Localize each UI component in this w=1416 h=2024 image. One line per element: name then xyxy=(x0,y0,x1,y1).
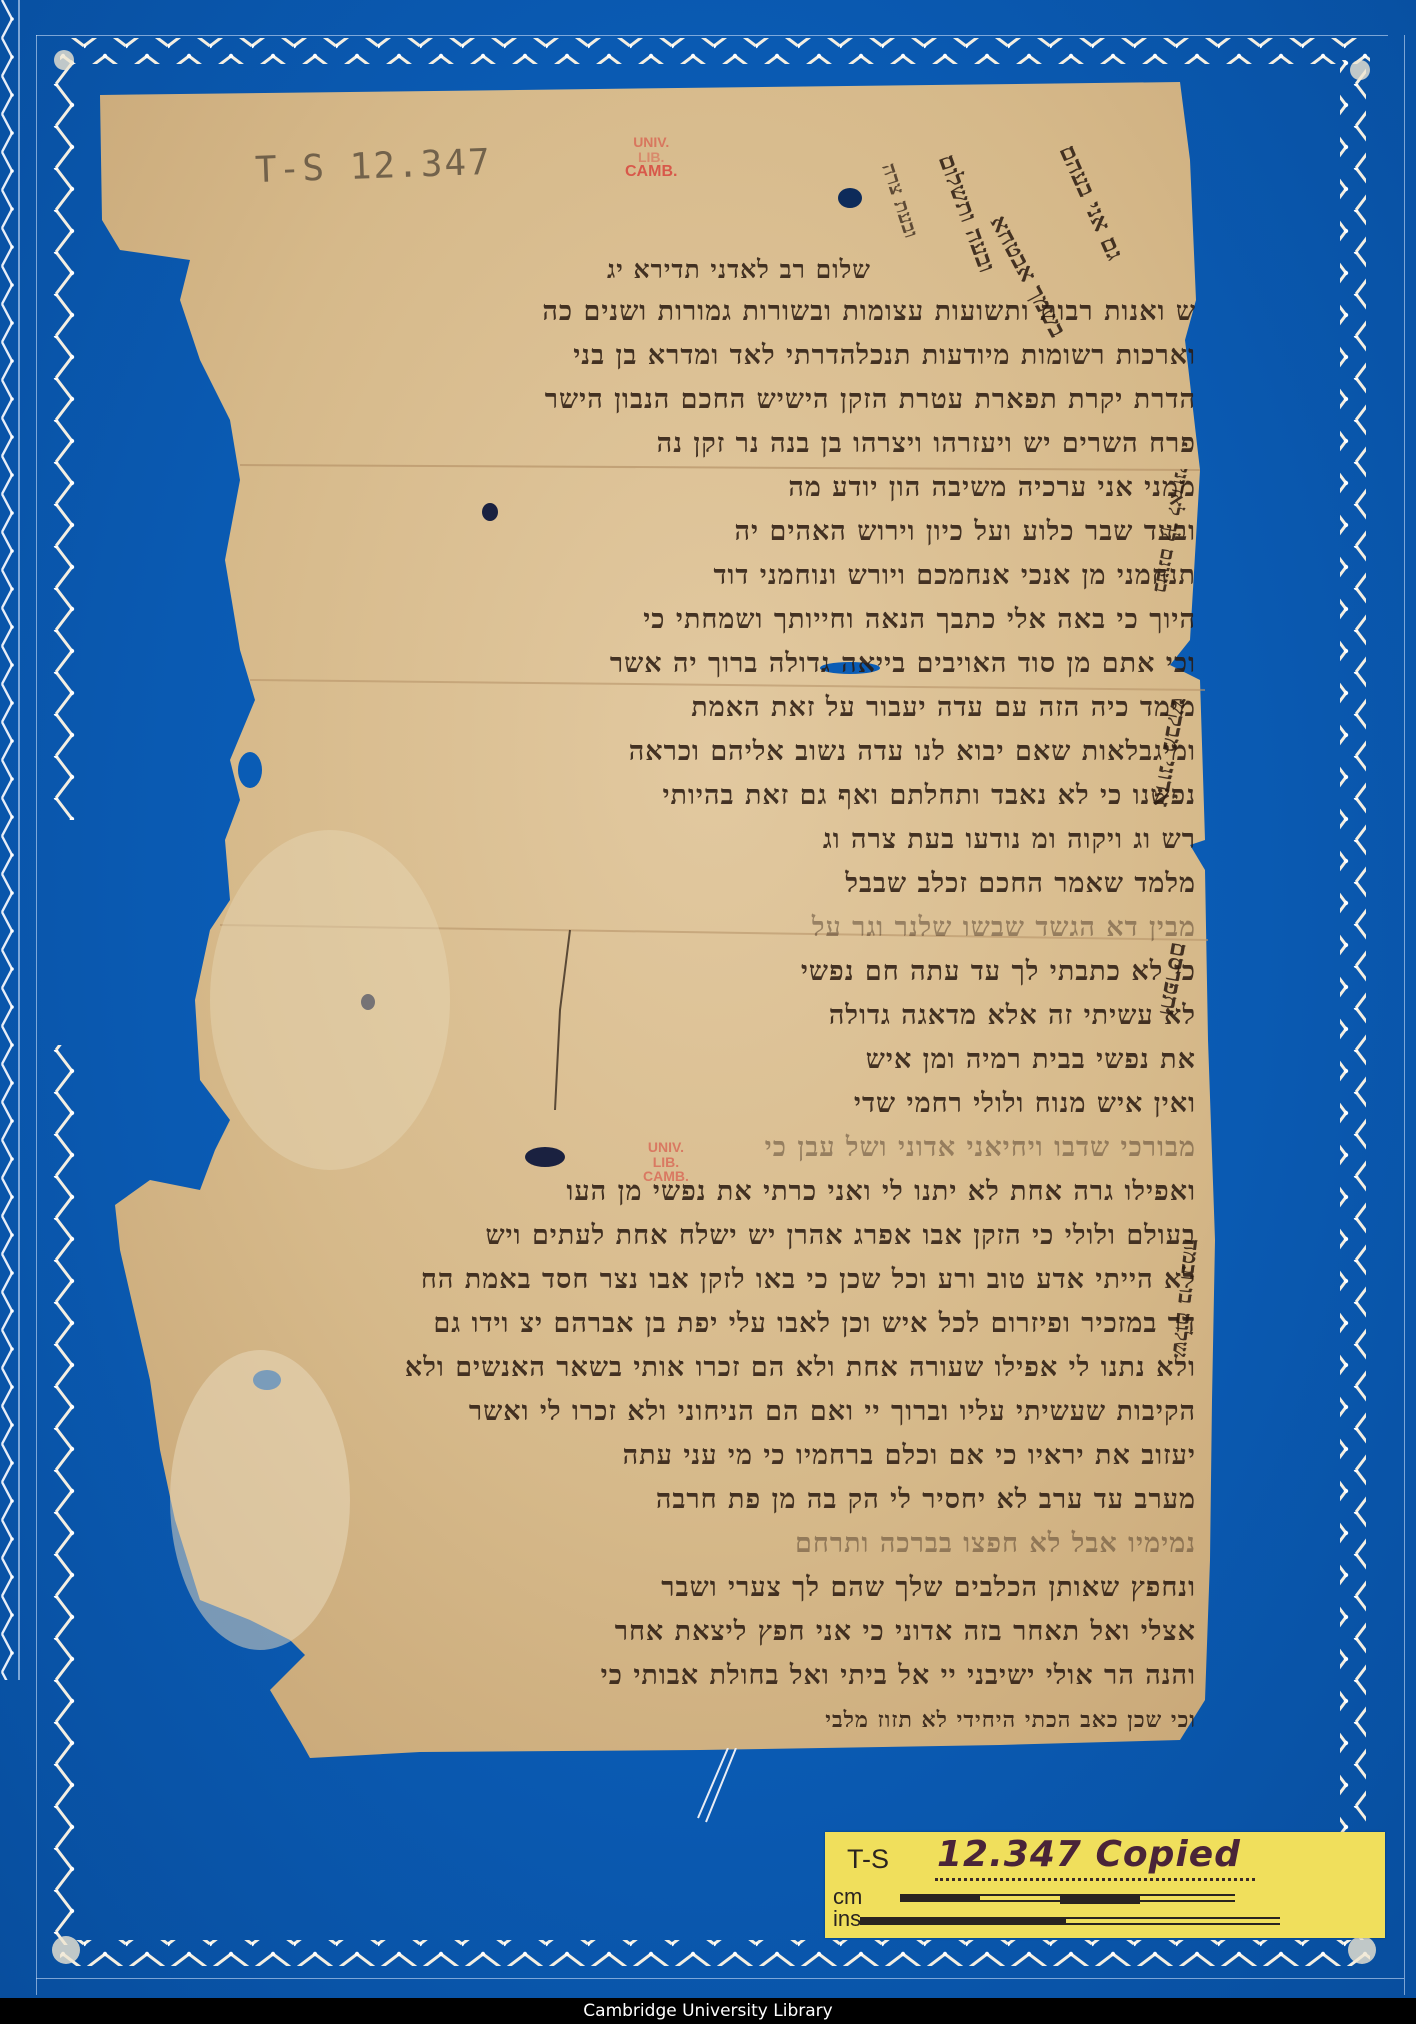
manuscript-line: הדרת יקרת תפארת עטרת הזקן הישיש החכם הנב… xyxy=(206,378,1196,422)
manuscript-line: ואין איש מנוח ולולי רחמי שדי xyxy=(206,1082,1196,1126)
manuscript-line: לא הייתי אדע טוב ורע וכל שכן כי באו לזקן… xyxy=(206,1258,1196,1302)
label-prefix: T-S xyxy=(847,1844,889,1875)
pencil-shelfmark: T-S 12.347 xyxy=(254,142,492,191)
manuscript-line: כי לא כתבתי לך עד עתה חם נפשי xyxy=(206,950,1196,994)
catalogue-label: T-S 12.347 Copied cm ins xyxy=(825,1832,1385,1938)
manuscript-line: נמימיו אבל לא חפצו בברכה ותרחם xyxy=(206,1522,1196,1566)
stamp-line: UNIV. xyxy=(625,135,677,150)
manuscript-line: אצלי ואל תאחר בזה אדוני כי אני חפץ ליצאת… xyxy=(206,1610,1196,1654)
manuscript-line: מבורכי שדבו ויחיאני אדוני ושל עבן כי xyxy=(206,1126,1196,1170)
manuscript-line: ובעד שבר כלוע ועל כיון וירוש האהים יה xyxy=(206,510,1196,554)
manuscript-line: מערב עד ערב לא יחסיר לי הק בה מן פת חרבה xyxy=(206,1478,1196,1522)
label-dotted-line xyxy=(935,1878,1255,1881)
manuscript-line: פרח השרים יש ויעזרהו ויצרהו בן בנה נר זק… xyxy=(206,422,1196,466)
scale-unit-ins: ins xyxy=(833,1906,861,1932)
manuscript-line: וכי שכן כאב הכתי היחידי לא תזוז מלבי xyxy=(206,1698,1196,1742)
stamp-line: LIB. xyxy=(625,150,677,165)
manuscript-line: את נפשי בבית רמיה ומן איש xyxy=(206,1038,1196,1082)
manuscript-line: דר במזכיר ופיזרום לכל איש וכן לאבו עלי י… xyxy=(206,1302,1196,1346)
manuscript-line: לא עשיתי זה אלא מדאגה גדולה xyxy=(206,994,1196,1038)
manuscript-line: בעולם ולולי כי הזקן אבו אפרג אהרן יש ישל… xyxy=(206,1214,1196,1258)
label-shelfmark: 12.347 Copied xyxy=(937,1834,1241,1875)
manuscript-line: נפשנו כי לא נאבד ותחלתם ואף גם זאת בהיות… xyxy=(206,774,1196,818)
manuscript-line: והנה הר אולי ישיבני יי אל ביתי ואל בחולת… xyxy=(206,1654,1196,1698)
manuscript-heading: שלום רב לאדני תדירא יג xyxy=(607,248,871,292)
mounting-thread xyxy=(690,1748,750,1838)
ins-scale-segment xyxy=(860,1917,1066,1925)
manuscript-line: ולא נתנו לי אפילו שעורה אחת ולא הם זכרו … xyxy=(206,1346,1196,1390)
manuscript-line: רש וג ויקוה ומ נודעו בעת צרה וג xyxy=(206,818,1196,862)
footer-credit: Cambridge University Library xyxy=(0,1998,1416,2024)
cm-scale-segment xyxy=(900,1894,980,1902)
cm-scale-segment xyxy=(1060,1896,1140,1904)
manuscript-line: ואפילו גרה אחת לא יתנו לי ואני כרתי את נ… xyxy=(206,1170,1196,1214)
manuscript-line: היוך כי באה אלי כתבך הנאה וחייותך ושמחתי… xyxy=(206,598,1196,642)
manuscript-line: תנחמני מן אנכי אנחמכם ויורש ונוחמני דוד xyxy=(206,554,1196,598)
stamp-line: CAMB. xyxy=(625,164,677,181)
manuscript-line: ונחפץ שאותן הכלבים שלך שהם לך צערי ושבר xyxy=(206,1566,1196,1610)
manuscript-line: מימד כיה הזה עם עדה יעבור על זאת האמת xyxy=(206,686,1196,730)
manuscript-line: יעזוב את יראיו כי אם וכלם ברחמיו כי מי ע… xyxy=(206,1434,1196,1478)
manuscript-line: ומיגבלאות שאם יבוא לנו עדה נשוב אליהם וכ… xyxy=(206,730,1196,774)
manuscript-line: וכי אתם מן סוד האויבים בייאה גדולה ברוך … xyxy=(206,642,1196,686)
manuscript-body: ש ואנות רבות ותשועות עצומות ובשורות גמור… xyxy=(206,290,1196,1742)
manuscript-line: ממני אני ערכיה משיבה הון יודע מה xyxy=(206,466,1196,510)
library-stamp-top: UNIV. LIB. CAMB. xyxy=(625,135,677,181)
manuscript-line: מלמד שאמר החכם זכלב שבבל xyxy=(206,862,1196,906)
manuscript-line: הקיבות שעשיתי עליו וברוך יי ואם הם הניחו… xyxy=(206,1390,1196,1434)
manuscript-line: מבין דא הגשד שבשו שלנר וגר על xyxy=(206,906,1196,950)
